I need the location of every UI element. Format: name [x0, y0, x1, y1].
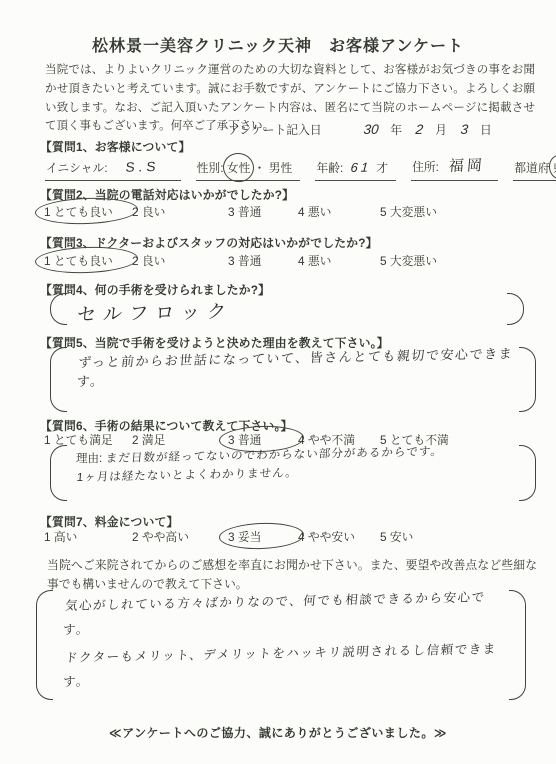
- gender-field: 性別: 女性 ・ 男性: [196, 157, 301, 181]
- age-label: 年齢:: [316, 161, 343, 175]
- address-value: 福岡: [442, 154, 492, 176]
- q7-option-1: 1 高い: [44, 528, 132, 545]
- date-year-value: 30: [363, 122, 379, 137]
- q7-options-row: 1 高い 2 やや高い 3 妥当 4 やや安い 5 安い: [44, 528, 413, 545]
- gender-option-male: 男性: [269, 161, 293, 175]
- survey-sheet: 松林景一美容クリニック天神 お客様アンケート 当院では、よりよいクリニック運営の…: [0, 0, 556, 764]
- prefecture-suffix: 都道府: [514, 161, 549, 175]
- age-value: 61: [347, 159, 375, 175]
- q6-reason-label: 理由:: [76, 453, 102, 465]
- address-field: 住所: 福岡: [411, 153, 498, 181]
- q6-reason-box: 理由: まだ日数が経ってないのでわからない部分があるからです。 1ヶ月は経たない…: [50, 445, 536, 501]
- q7-option-4: 4 やや安い: [298, 528, 380, 545]
- q5-answer-box: ずっと前からお世話になっていて、皆さんとても親切で安心できます。: [50, 347, 536, 412]
- age-unit: 才: [376, 161, 388, 175]
- q1-fields-row: イニシャル: S.S 性別: 女性 ・ 男性 年齢: 61 才 住所: 福岡 都…: [45, 153, 556, 181]
- initials-field: イニシャル: S.S: [45, 157, 181, 181]
- q2-option-2: 2 良い: [132, 203, 228, 220]
- q3-option-2: 2 良い: [132, 252, 228, 269]
- q7-option-5: 5 安い: [380, 528, 413, 545]
- q3-option-4: 4 悪い: [298, 252, 380, 269]
- q2-option-3: 3 普通: [228, 203, 298, 220]
- q4-answer-box: セルフロック: [50, 293, 524, 325]
- q3-option-3: 3 普通: [228, 252, 298, 269]
- initials-label: イニシャル:: [46, 161, 108, 175]
- gender-label: 性別:: [197, 161, 224, 175]
- feedback-line1: 気心がしれている方々ばかりなので、何でも相談できるから安心です。: [62, 585, 505, 642]
- feedback-line2: ドクターもメリット、デメリットをハッキリ説明されるし信頼できます。: [62, 637, 505, 694]
- page-title: 松林景一美容クリニック天神 お客様アンケート: [0, 33, 556, 56]
- q3-option-1: 1 とても良い: [44, 252, 132, 269]
- date-label: アンケート記入日: [228, 123, 322, 137]
- q7-option-2: 2 やや高い: [132, 528, 228, 545]
- q2-option-4: 4 悪い: [298, 203, 380, 220]
- thank-you-note: ≪アンケートへのご協力、誠にありがとうございました。≫: [0, 724, 556, 741]
- q5-answer-value: ずっと前からお世話になっていて、皆さんとても親切で安心できます。: [76, 343, 514, 390]
- date-month-value: 2: [415, 122, 424, 137]
- initials-value: S.S: [111, 159, 174, 175]
- gender-separator: ・: [254, 161, 266, 175]
- q4-answer-value: セルフロック: [76, 297, 234, 327]
- q2-option-5: 5 大変悪い: [380, 203, 437, 220]
- address-label: 住所:: [412, 160, 439, 174]
- date-day-value: 3: [460, 122, 469, 137]
- q2-option-1: 1 とても良い: [44, 203, 132, 220]
- date-month-unit: 月: [435, 123, 447, 137]
- q3-options-row: 1 とても良い 2 良い 3 普通 4 悪い 5 大変悪い: [44, 252, 437, 269]
- date-day-unit: 日: [480, 123, 492, 137]
- q2-options-row: 1 とても良い 2 良い 3 普通 4 悪い 5 大変悪い: [44, 203, 437, 220]
- gender-option-female: 女性: [227, 159, 251, 176]
- feedback-box: 気心がしれている方々ばかりなので、何でも相談できるから安心です。 ドクターもメリ…: [36, 590, 526, 700]
- q6-reason-line1: まだ日数が経ってないのでわからない部分があるからです。: [105, 444, 444, 469]
- q3-option-5: 5 大変悪い: [380, 252, 437, 269]
- q7-option-3: 3 妥当: [228, 528, 298, 545]
- survey-date-line: アンケート記入日 30 年 2 月 3 日: [228, 121, 502, 138]
- age-field: 年齢: 61 才: [315, 157, 396, 181]
- date-year-unit: 年: [390, 123, 402, 137]
- prefecture-suffix-field: 都道府 県: [513, 157, 556, 181]
